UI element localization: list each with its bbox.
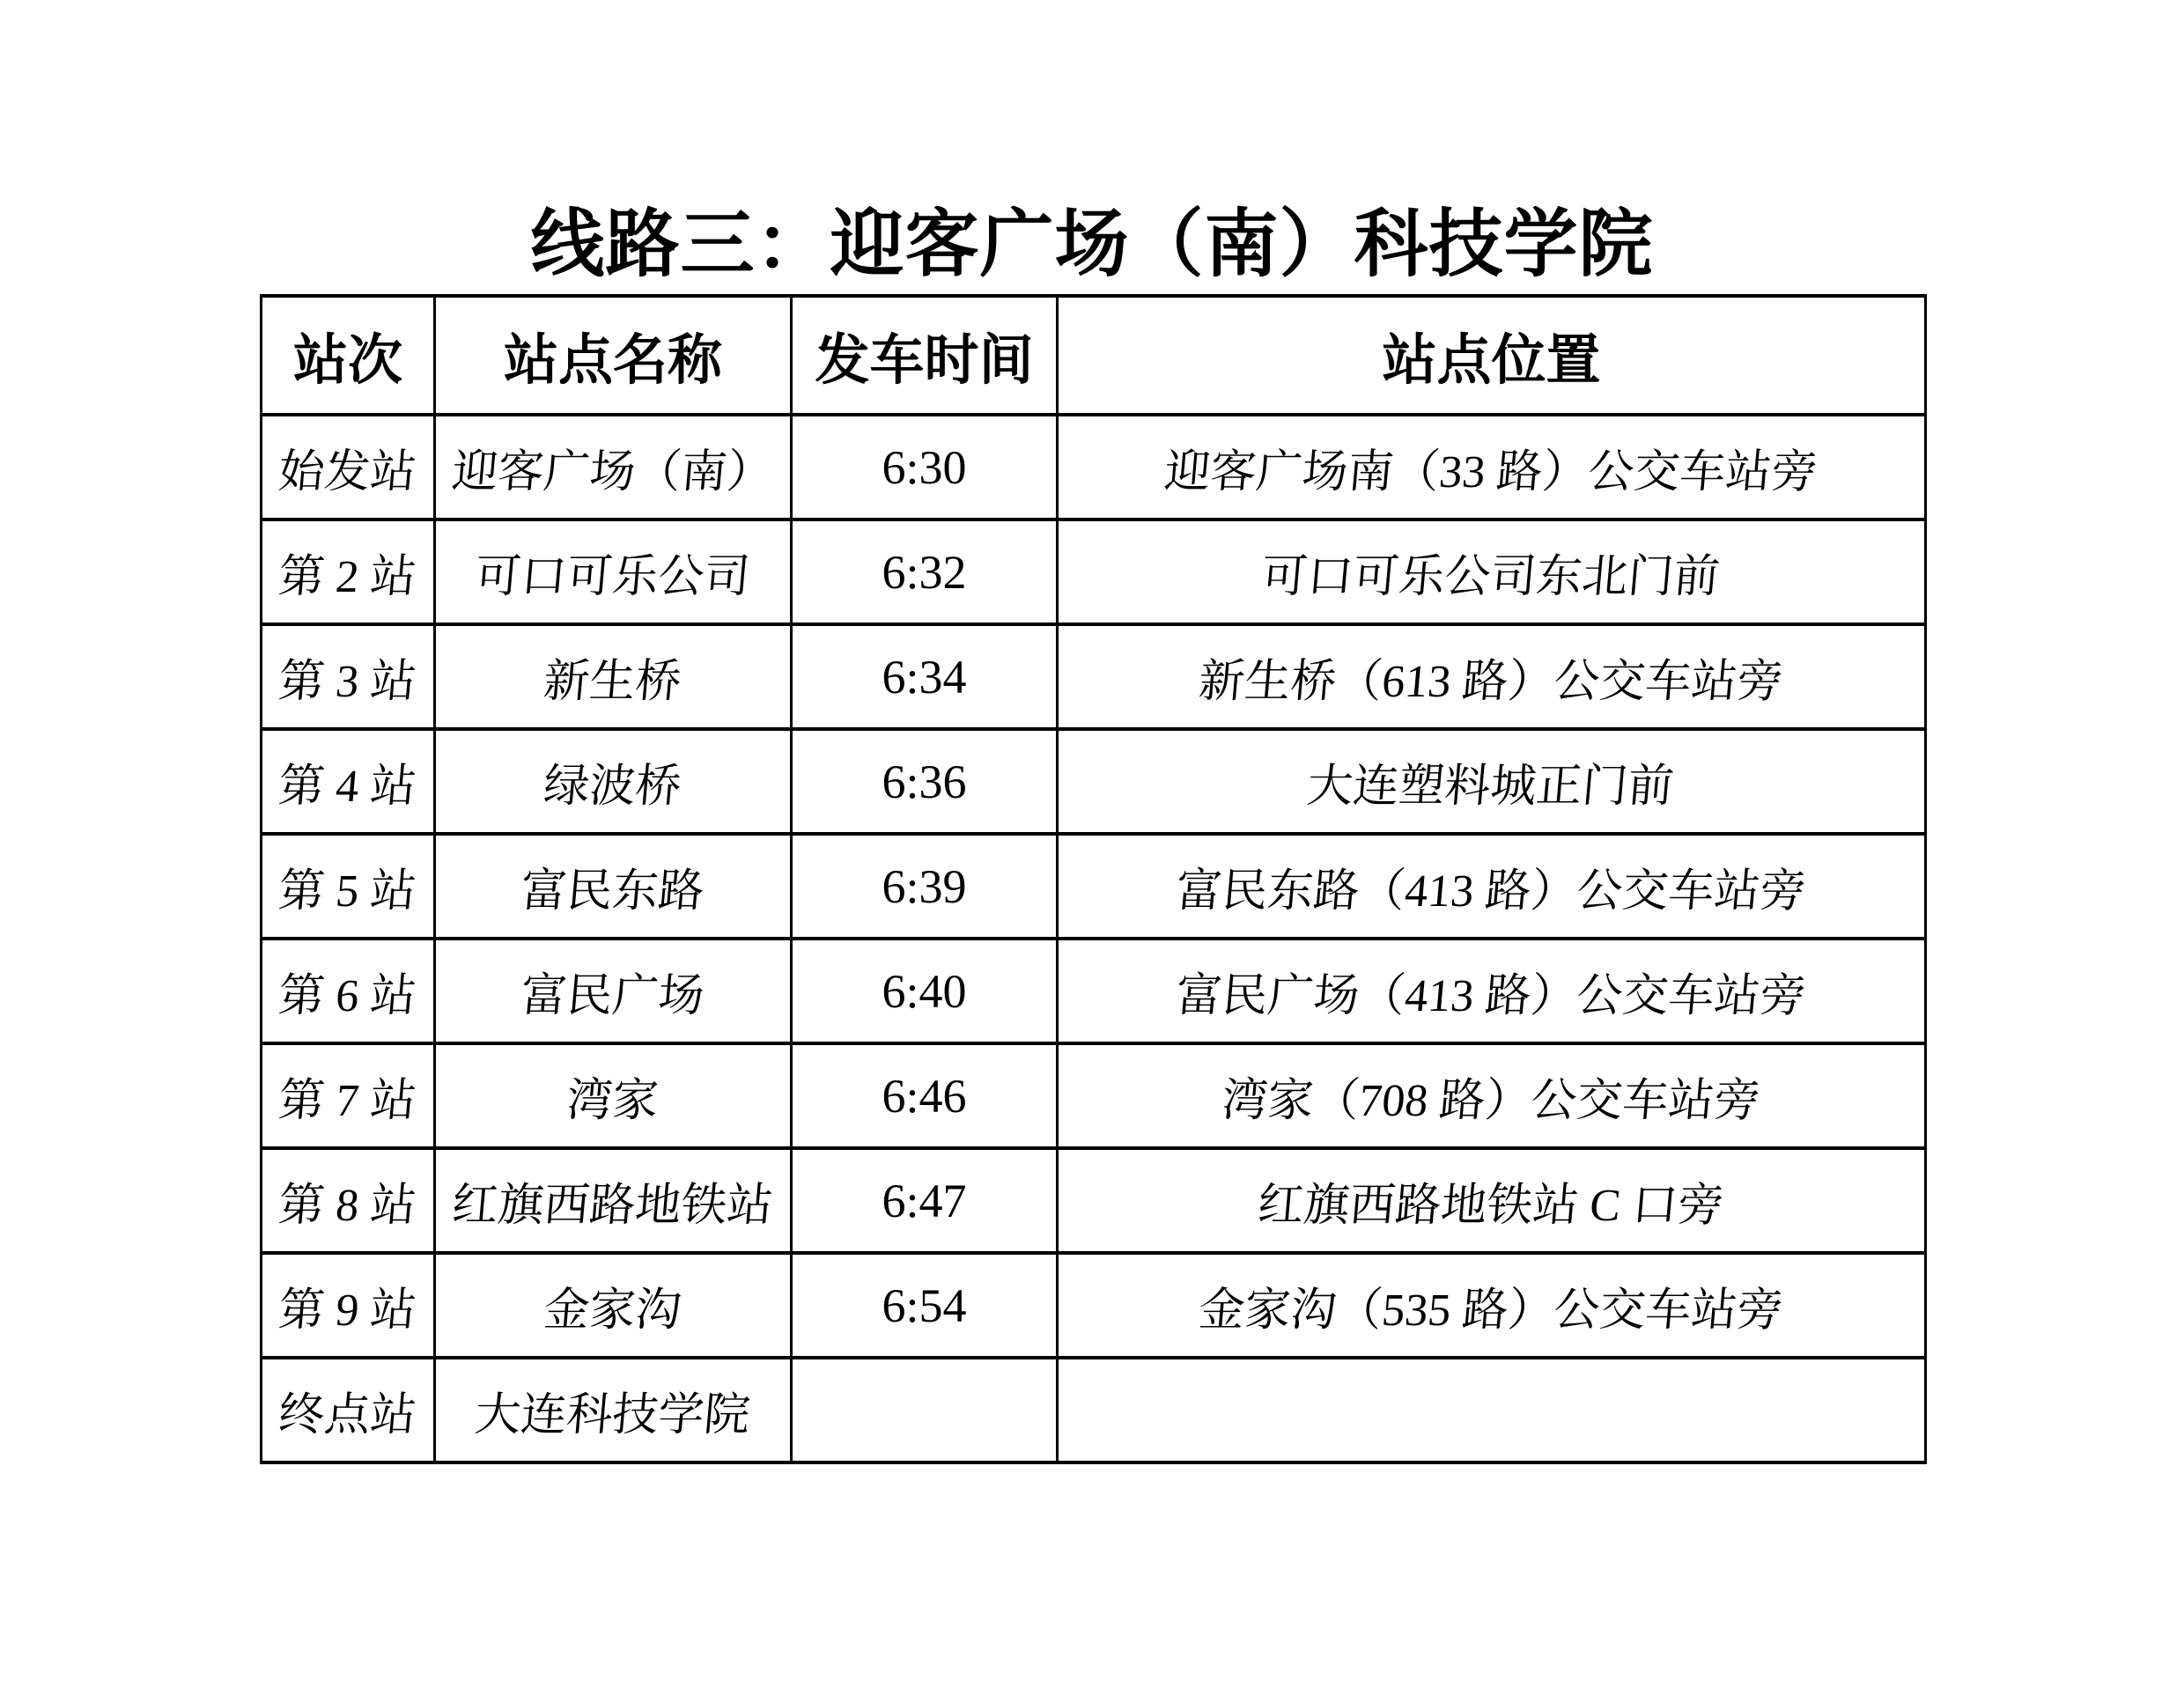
cell-depart-time: 6:32 bbox=[792, 519, 1058, 624]
station-no-text: 第 9 站 bbox=[277, 1272, 420, 1338]
table-row: 第 8 站 红旗西路地铁站 6:47 红旗西路地铁站 C 口旁 bbox=[262, 1148, 1926, 1253]
cell-location: 新生桥（613 路）公交车站旁 bbox=[1058, 624, 1926, 729]
station-no-text: 始发站 bbox=[277, 434, 420, 500]
cell-location: 富民广场（413 路）公交车站旁 bbox=[1058, 939, 1926, 1043]
station-name-text: 金家沟 bbox=[542, 1272, 685, 1338]
cell-station-name: 新生桥 bbox=[435, 624, 792, 729]
station-no-text: 第 3 站 bbox=[277, 644, 420, 710]
location-text: 新生桥（613 路）公交车站旁 bbox=[1197, 644, 1787, 710]
station-name-text: 湾家 bbox=[564, 1063, 662, 1129]
location-text: 金家沟（535 路）公交车站旁 bbox=[1197, 1272, 1787, 1338]
station-name-text: 大连科技学院 bbox=[473, 1377, 754, 1443]
cell-station-no: 终点站 bbox=[262, 1358, 435, 1462]
cell-station-no: 第 5 站 bbox=[262, 834, 435, 939]
location-text: 红旗西路地铁站 C 口旁 bbox=[1256, 1168, 1727, 1234]
cell-station-no: 第 3 站 bbox=[262, 624, 435, 729]
table-row: 第 7 站 湾家 6:46 湾家（708 路）公交车站旁 bbox=[262, 1043, 1926, 1148]
table-row: 始发站 迎客广场（南） 6:30 迎客广场南（33 路）公交车站旁 bbox=[262, 415, 1926, 519]
location-text: 迎客广场南（33 路）公交车站旁 bbox=[1162, 434, 1821, 500]
table-row: 第 6 站 富民广场 6:40 富民广场（413 路）公交车站旁 bbox=[262, 939, 1926, 1043]
column-header-location: 站点位置 bbox=[1058, 296, 1926, 415]
table-row: 终点站 大连科技学院 bbox=[262, 1358, 1926, 1462]
location-text: 富民东路（413 路）公交车站旁 bbox=[1174, 853, 1810, 919]
table-row: 第 9 站 金家沟 6:54 金家沟（535 路）公交车站旁 bbox=[262, 1253, 1926, 1358]
table-row: 第 4 站 绿波桥 6:36 大连塑料城正门前 bbox=[262, 729, 1926, 834]
cell-station-name: 富民广场 bbox=[435, 939, 792, 1043]
station-no-text: 第 8 站 bbox=[277, 1168, 420, 1234]
station-no-text: 终点站 bbox=[277, 1377, 420, 1443]
schedule-table: 站次 站点名称 发车时间 站点位置 始发站 迎客广场（南） 6:30 迎客广场南… bbox=[260, 294, 1927, 1464]
cell-station-name: 可口可乐公司 bbox=[435, 519, 792, 624]
cell-station-no: 第 6 站 bbox=[262, 939, 435, 1043]
station-name-text: 富民广场 bbox=[519, 958, 708, 1024]
cell-depart-time: 6:54 bbox=[792, 1253, 1058, 1358]
cell-station-no: 始发站 bbox=[262, 415, 435, 519]
station-no-text: 第 4 站 bbox=[277, 748, 420, 814]
cell-station-no: 第 8 站 bbox=[262, 1148, 435, 1253]
station-no-text: 第 5 站 bbox=[277, 853, 420, 919]
table-row: 第 3 站 新生桥 6:34 新生桥（613 路）公交车站旁 bbox=[262, 624, 1926, 729]
cell-station-name: 迎客广场（南） bbox=[435, 415, 792, 519]
cell-station-name: 湾家 bbox=[435, 1043, 792, 1148]
cell-location: 金家沟（535 路）公交车站旁 bbox=[1058, 1253, 1926, 1358]
cell-station-no: 第 9 站 bbox=[262, 1253, 435, 1358]
cell-depart-time: 6:36 bbox=[792, 729, 1058, 834]
cell-location bbox=[1058, 1358, 1926, 1462]
location-text: 富民广场（413 路）公交车站旁 bbox=[1174, 958, 1810, 1024]
page-title: 线路三：迎客广场（南）科技学院 bbox=[0, 197, 2184, 293]
table-row: 第 5 站 富民东路 6:39 富民东路（413 路）公交车站旁 bbox=[262, 834, 1926, 939]
location-text: 可口可乐公司东北门前 bbox=[1259, 539, 1723, 605]
cell-station-name: 大连科技学院 bbox=[435, 1358, 792, 1462]
cell-location: 可口可乐公司东北门前 bbox=[1058, 519, 1926, 624]
cell-location: 迎客广场南（33 路）公交车站旁 bbox=[1058, 415, 1926, 519]
column-header-station-no: 站次 bbox=[262, 296, 435, 415]
cell-station-no: 第 4 站 bbox=[262, 729, 435, 834]
cell-depart-time: 6:30 bbox=[792, 415, 1058, 519]
cell-depart-time: 6:47 bbox=[792, 1148, 1058, 1253]
cell-depart-time bbox=[792, 1358, 1058, 1462]
station-name-text: 红旗西路地铁站 bbox=[450, 1168, 777, 1234]
header-row: 站次 站点名称 发车时间 站点位置 bbox=[262, 296, 1926, 415]
cell-location: 红旗西路地铁站 C 口旁 bbox=[1058, 1148, 1926, 1253]
cell-location: 大连塑料城正门前 bbox=[1058, 729, 1926, 834]
column-header-station-name: 站点名称 bbox=[435, 296, 792, 415]
column-header-depart-time: 发车时间 bbox=[792, 296, 1058, 415]
cell-location: 湾家（708 路）公交车站旁 bbox=[1058, 1043, 1926, 1148]
cell-depart-time: 6:34 bbox=[792, 624, 1058, 729]
cell-depart-time: 6:39 bbox=[792, 834, 1058, 939]
cell-station-name: 富民东路 bbox=[435, 834, 792, 939]
station-name-text: 可口可乐公司 bbox=[473, 539, 754, 605]
station-no-text: 第 7 站 bbox=[277, 1063, 420, 1129]
station-no-text: 第 6 站 bbox=[277, 958, 420, 1024]
station-name-text: 迎客广场（南） bbox=[450, 434, 777, 500]
location-text: 湾家（708 路）公交车站旁 bbox=[1220, 1063, 1764, 1129]
station-no-text: 第 2 站 bbox=[277, 539, 420, 605]
cell-depart-time: 6:40 bbox=[792, 939, 1058, 1043]
station-name-text: 新生桥 bbox=[542, 644, 685, 710]
location-text: 大连塑料城正门前 bbox=[1305, 748, 1678, 814]
table-row: 第 2 站 可口可乐公司 6:32 可口可乐公司东北门前 bbox=[262, 519, 1926, 624]
station-name-text: 绿波桥 bbox=[542, 748, 685, 814]
cell-location: 富民东路（413 路）公交车站旁 bbox=[1058, 834, 1926, 939]
cell-station-name: 金家沟 bbox=[435, 1253, 792, 1358]
cell-station-name: 红旗西路地铁站 bbox=[435, 1148, 792, 1253]
cell-station-name: 绿波桥 bbox=[435, 729, 792, 834]
cell-station-no: 第 2 站 bbox=[262, 519, 435, 624]
cell-station-no: 第 7 站 bbox=[262, 1043, 435, 1148]
station-name-text: 富民东路 bbox=[519, 853, 708, 919]
cell-depart-time: 6:46 bbox=[792, 1043, 1058, 1148]
